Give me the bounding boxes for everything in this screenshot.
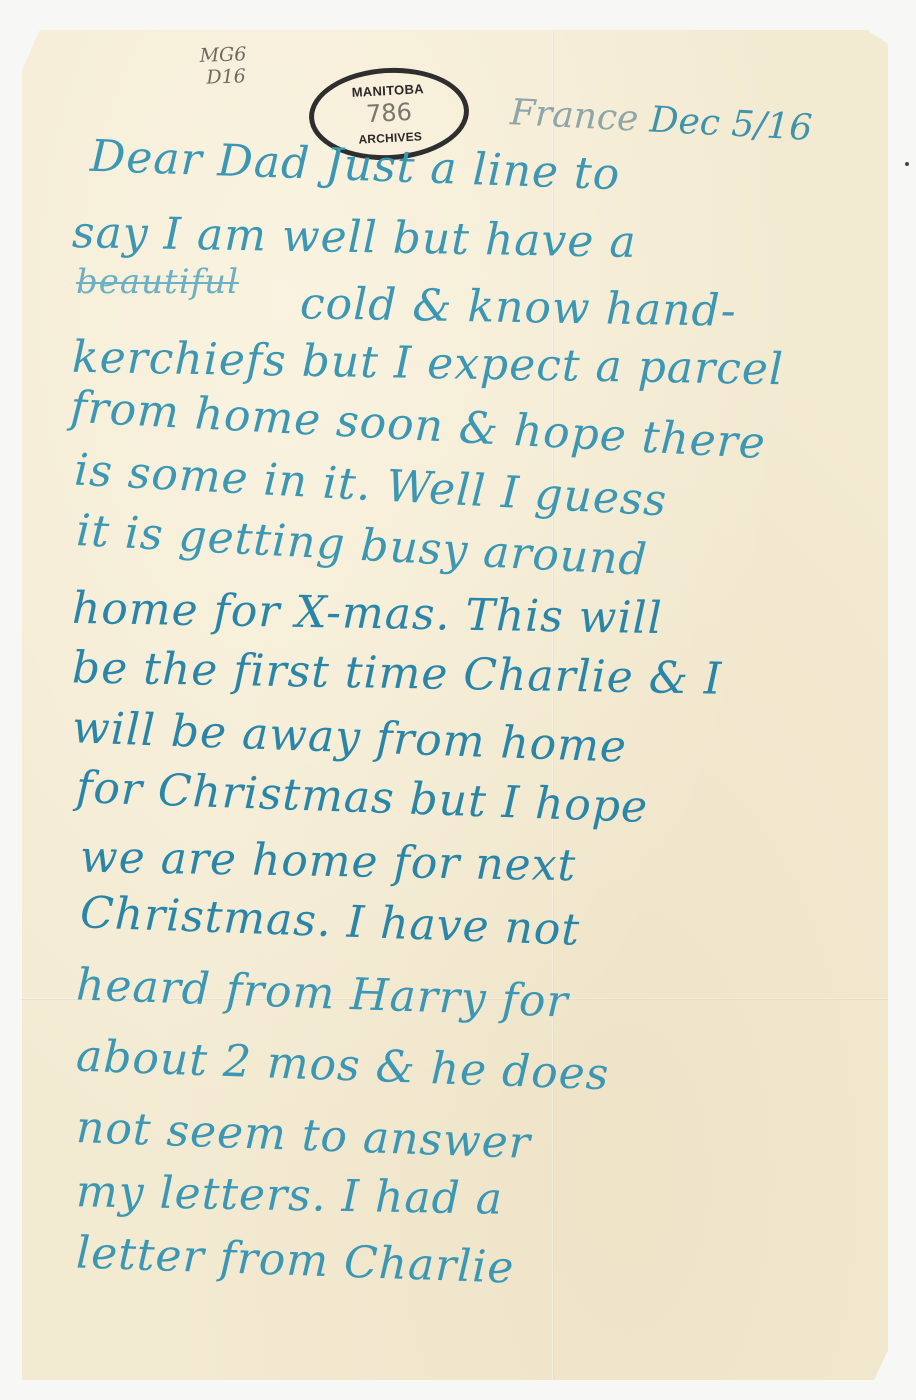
dateline-date: Dec 5/16: [649, 99, 814, 148]
pencil-catalog-note: MG6 D16: [199, 43, 247, 89]
letter-line-13: we are home for next: [80, 832, 577, 892]
scanned-page: MG6 D16 MANITOBA 786 ARCHIVES France Dec…: [0, 0, 916, 1400]
dateline-place: France: [509, 92, 639, 140]
letter-line-4: cold & know hand-: [300, 278, 737, 337]
ink-speck: [905, 162, 909, 166]
pencil-note-line-2: D16: [200, 65, 247, 89]
letter-line-3-struck: beautiful: [76, 262, 239, 302]
letter-line-2: say I am well but have a: [72, 207, 637, 268]
letter-line-18: my letters. I had a: [76, 1166, 504, 1224]
letter-line-9: home for X-mas. This will: [72, 583, 664, 644]
pencil-note-line-1: MG6: [199, 43, 246, 67]
